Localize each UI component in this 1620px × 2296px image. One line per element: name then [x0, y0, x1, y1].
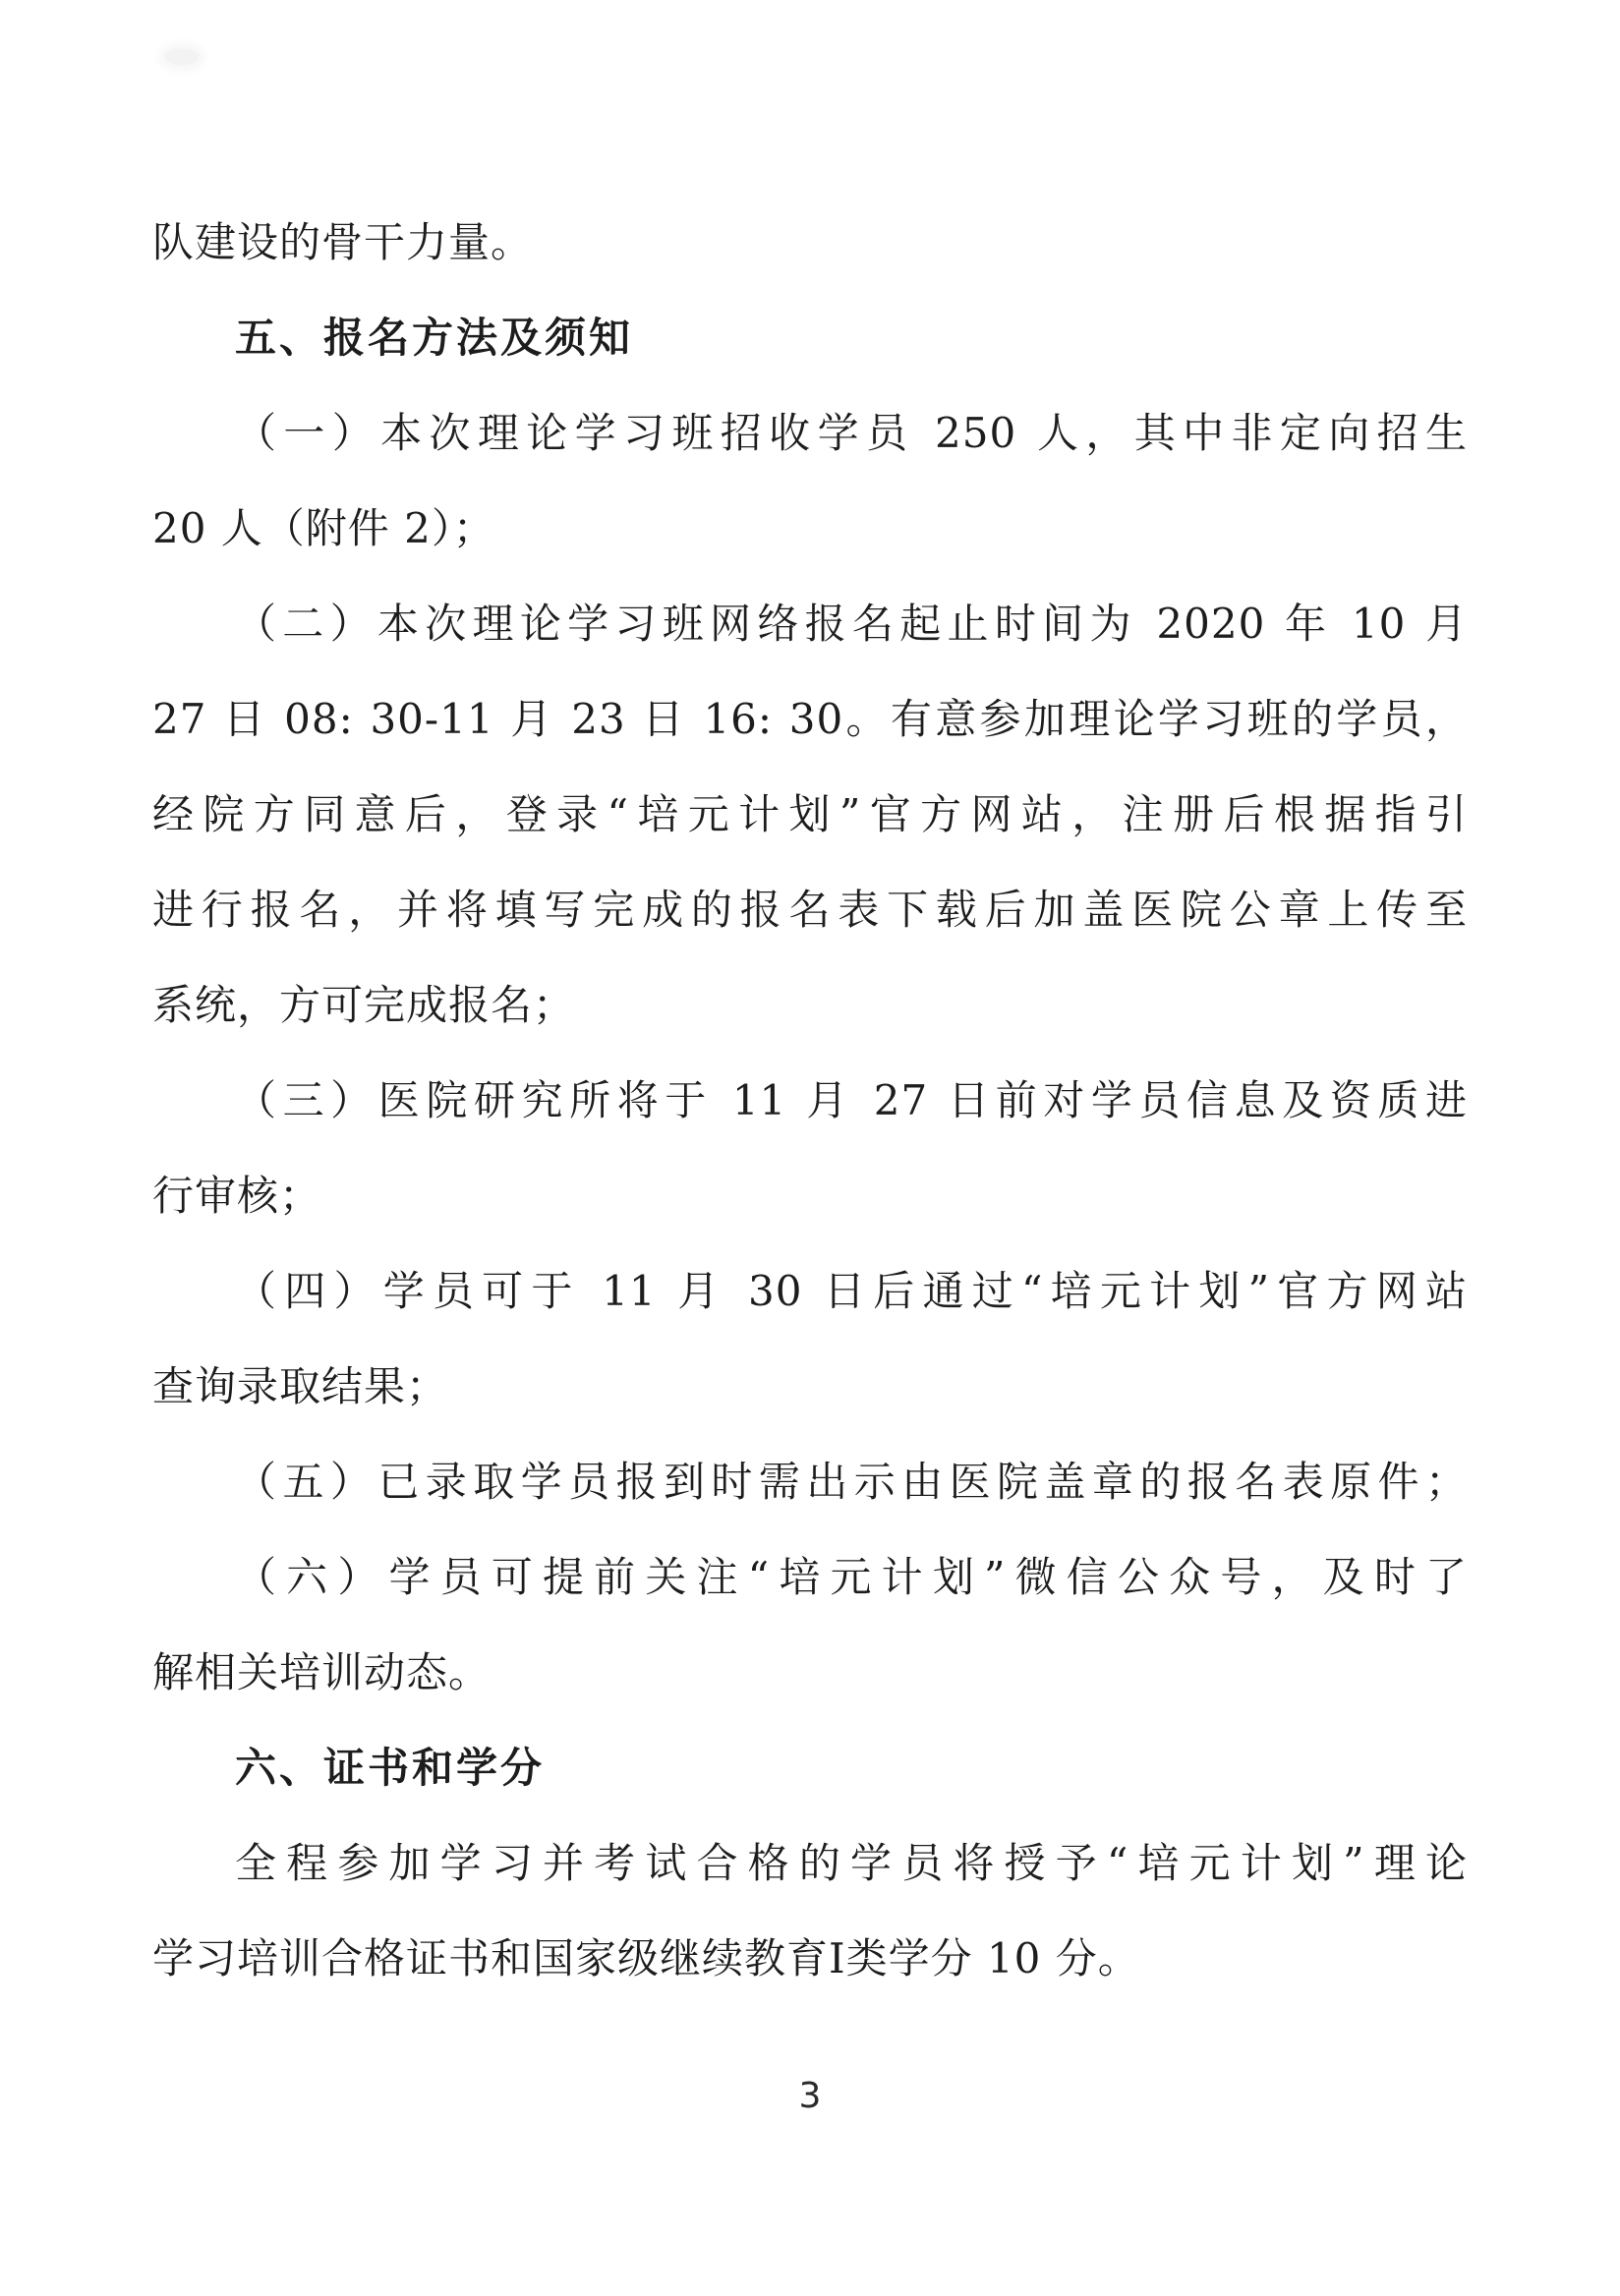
- document-body: 队建设的骨干力量。 五、报名方法及须知 （一）本次理论学习班招收学员 250 人…: [152, 195, 1468, 2006]
- page-number: 3: [0, 2076, 1620, 2116]
- body-line: 查询录取结果；: [152, 1339, 1468, 1434]
- body-line: 学习培训合格证书和国家级继续教育Ⅰ类学分 10 分。: [152, 1911, 1468, 2006]
- section-heading-5: 五、报名方法及须知: [152, 290, 1468, 385]
- body-line-item-3: （三）医院研究所将于 11 月 27 日前对学员信息及资质进: [152, 1053, 1468, 1148]
- document-page: 队建设的骨干力量。 五、报名方法及须知 （一）本次理论学习班招收学员 250 人…: [0, 0, 1620, 2296]
- section-heading-6: 六、证书和学分: [152, 1720, 1468, 1815]
- body-line: 行审核；: [152, 1148, 1468, 1243]
- body-line: 全程参加学习并考试合格的学员将授予“培元计划”理论: [152, 1815, 1468, 1911]
- body-line-item-1: （一）本次理论学习班招收学员 250 人，其中非定向招生: [152, 385, 1468, 481]
- body-line-item-5: （五）已录取学员报到时需出示由医院盖章的报名表原件；: [152, 1434, 1468, 1529]
- body-line-item-2: （二）本次理论学习班网络报名起止时间为 2020 年 10 月: [152, 576, 1468, 671]
- body-line: 队建设的骨干力量。: [152, 195, 1468, 290]
- body-line: 27 日 08: 30-11 月 23 日 16: 30。有意参加理论学习班的学…: [152, 671, 1468, 767]
- body-line: 系统，方可完成报名；: [152, 957, 1468, 1053]
- scan-smudge: [165, 49, 199, 65]
- body-line-item-4: （四）学员可于 11 月 30 日后通过“培元计划”官方网站: [152, 1243, 1468, 1339]
- body-line: 进行报名，并将填写完成的报名表下载后加盖医院公章上传至: [152, 862, 1468, 957]
- body-line-item-6: （六）学员可提前关注“培元计划”微信公众号，及时了: [152, 1529, 1468, 1625]
- body-line: 经院方同意后，登录“培元计划”官方网站，注册后根据指引: [152, 767, 1468, 862]
- body-line: 20 人（附件 2）；: [152, 481, 1468, 576]
- body-line: 解相关培训动态。: [152, 1625, 1468, 1720]
